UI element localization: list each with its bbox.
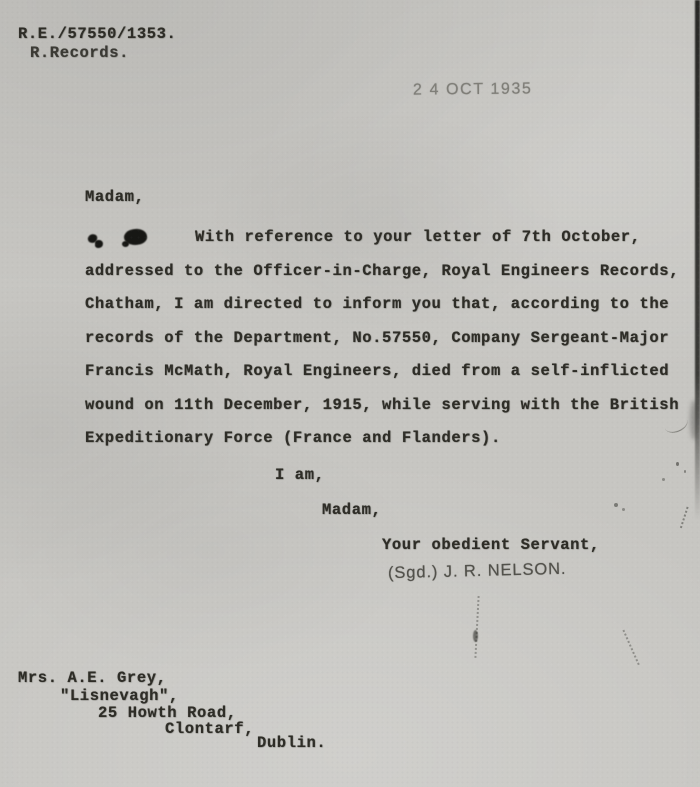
salutation: Madam, [85,189,144,207]
signature-sgd-j-r-nelson: (Sgd.) J. R. NELSON. [388,560,567,583]
body-line-1: With reference to your letter of 7th Oct… [195,229,641,247]
speckle-dot [662,478,665,481]
recipient-district: Clontarf, [165,721,254,739]
recipient-name: Mrs. A.E. Grey, [18,670,167,688]
ink-blot-large-tail [122,241,129,247]
body-line-3: Chatham, I am directed to inform you tha… [85,296,669,314]
scratch-diagonal-lower-right [622,629,641,665]
records-department-line: R.Records. [30,45,129,63]
closing-madam: Madam, [322,502,381,520]
fold-streak-vertical [474,596,481,658]
reference-number: R.E./57550/1353. [18,26,176,44]
body-line-2: addressed to the Officer-in-Charge, Roya… [85,263,679,281]
speckle-dot [622,508,625,511]
ink-blot-small-tail [95,240,103,248]
letter-scan: { "letter": { "reference_number": "R.E./… [0,0,700,787]
body-line-5: Francis McMath, Royal Engineers, died fr… [85,363,669,381]
speckle-dot [684,470,686,473]
speckle-dot [676,462,679,466]
body-line-4: records of the Department, No.57550, Com… [85,330,669,348]
photo-edge-strip [695,0,700,520]
speckle-dot [614,503,618,507]
body-line-7: Expeditionary Force (France and Flanders… [85,430,501,448]
closing-servant: Your obedient Servant, [382,537,600,555]
date-received-stamp: 2 4 OCT 1935 [413,80,533,99]
scratch-mark-right [662,412,690,436]
recipient-city: Dublin. [257,735,326,753]
fold-streak-dark-spot [473,630,478,642]
body-line-6: wound on 11th December, 1915, while serv… [85,397,679,415]
closing-i-am: I am, [275,467,325,485]
